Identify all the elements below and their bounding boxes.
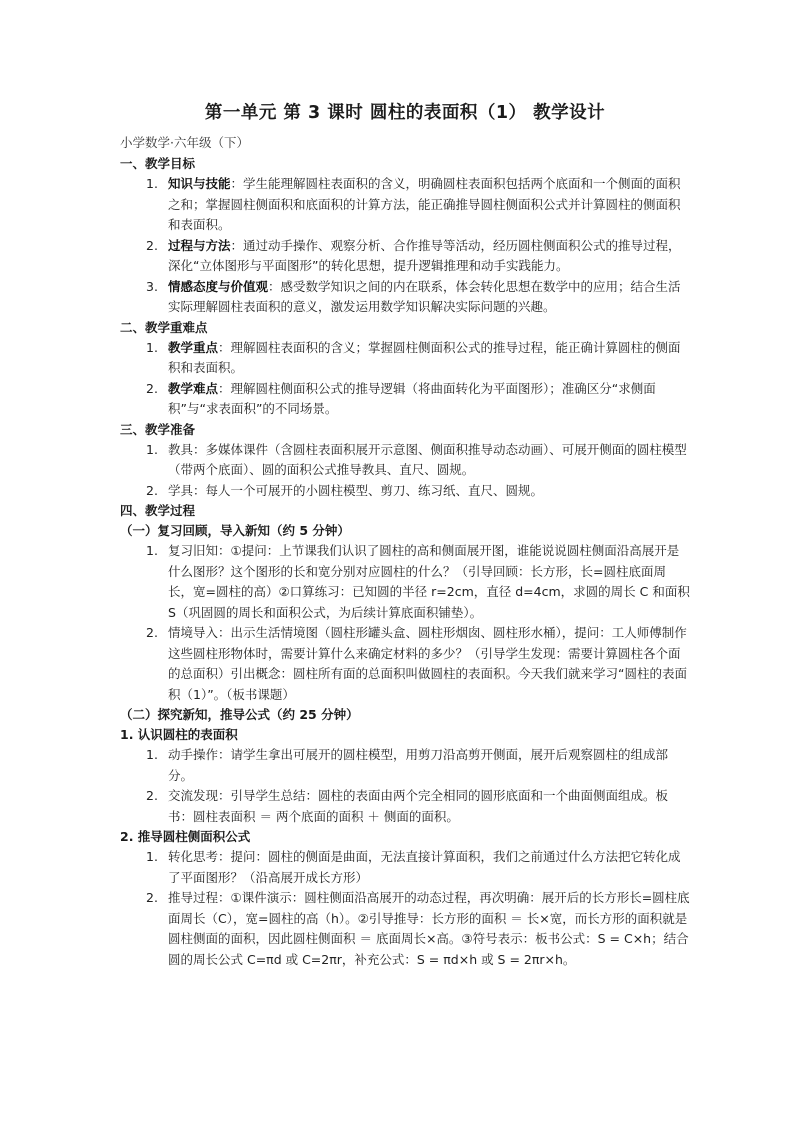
list-item: 1.动手操作：请学生拿出可展开的圆柱模型，用剪刀沿高剪开侧面，展开后观察圆柱的组… (120, 745, 690, 786)
section-heading-preparation: 三、教学准备 (120, 420, 690, 440)
subsection-heading-lateral-formula: 2. 推导圆柱侧面积公式 (120, 827, 690, 847)
goals-list: 1.知识与技能：学生能理解圆柱表面积的含义，明确圆柱表面积包括两个底面和一个侧面… (120, 174, 690, 318)
review-list: 1.复习旧知：①提问：上节课我们认识了圆柱的高和侧面展开图，谁能说说圆柱侧面沿高… (120, 541, 690, 705)
lateral-formula-list: 1.转化思考：提问：圆柱的侧面是曲面，无法直接计算面积，我们之前通过什么方法把它… (120, 847, 690, 970)
section-heading-keypoints: 二、教学重难点 (120, 318, 690, 338)
surface-area-list: 1.动手操作：请学生拿出可展开的圆柱模型，用剪刀沿高剪开侧面，展开后观察圆柱的组… (120, 745, 690, 827)
preparation-list: 1.教具：多媒体课件（含圆柱表面积展开示意图、侧面积推导动态动画）、可展开侧面的… (120, 440, 690, 502)
section-heading-process: 四、教学过程 (120, 501, 690, 521)
list-item: 1.教具：多媒体课件（含圆柱表面积展开示意图、侧面积推导动态动画）、可展开侧面的… (120, 440, 690, 481)
list-item: 3.情感态度与价值观：感受数学知识之间的内在联系，体会转化思想在数学中的应用；结… (120, 277, 690, 318)
list-item: 2.学具：每人一个可展开的小圆柱模型、剪刀、练习纸、直尺、圆规。 (120, 481, 690, 502)
keypoints-list: 1.教学重点：理解圆柱表面积的含义；掌握圆柱侧面积公式的推导过程，能正确计算圆柱… (120, 338, 690, 420)
list-item: 2.过程与方法：通过动手操作、观察分析、合作推导等活动，经历圆柱侧面积公式的推导… (120, 236, 690, 277)
list-item: 1.转化思考：提问：圆柱的侧面是曲面，无法直接计算面积，我们之前通过什么方法把它… (120, 847, 690, 888)
list-item: 1.复习旧知：①提问：上节课我们认识了圆柱的高和侧面展开图，谁能说说圆柱侧面沿高… (120, 541, 690, 623)
section-heading-goals: 一、教学目标 (120, 154, 690, 174)
document-title: 第一单元 第 3 课时 圆柱的表面积（1） 教学设计 (120, 100, 690, 126)
list-item: 1.知识与技能：学生能理解圆柱表面积的含义，明确圆柱表面积包括两个底面和一个侧面… (120, 174, 690, 236)
subsection-heading-review: （一）复习回顾，导入新知（约 5 分钟） (120, 521, 690, 541)
subsection-heading-surface-area: 1. 认识圆柱的表面积 (120, 725, 690, 745)
list-item: 2.推导过程：①课件演示：圆柱侧面沿高展开的动态过程，再次明确：展开后的长方形长… (120, 888, 690, 970)
list-item: 2.教学难点：理解圆柱侧面积公式的推导逻辑（将曲面转化为平面图形）；准确区分“求… (120, 379, 690, 420)
list-item: 2.情境导入：出示生活情境图（圆柱形罐头盒、圆柱形烟囱、圆柱形水桶），提问：工人… (120, 623, 690, 705)
list-item: 1.教学重点：理解圆柱表面积的含义；掌握圆柱侧面积公式的推导过程，能正确计算圆柱… (120, 338, 690, 379)
document-page: 第一单元 第 3 课时 圆柱的表面积（1） 教学设计 小学数学·六年级（下） 一… (120, 100, 690, 970)
subsection-heading-explore: （二）探究新知，推导公式（约 25 分钟） (120, 705, 690, 725)
list-item: 2.交流发现：引导学生总结：圆柱的表面由两个完全相同的圆形底面和一个曲面侧面组成… (120, 786, 690, 827)
document-subtitle: 小学数学·六年级（下） (120, 134, 690, 152)
